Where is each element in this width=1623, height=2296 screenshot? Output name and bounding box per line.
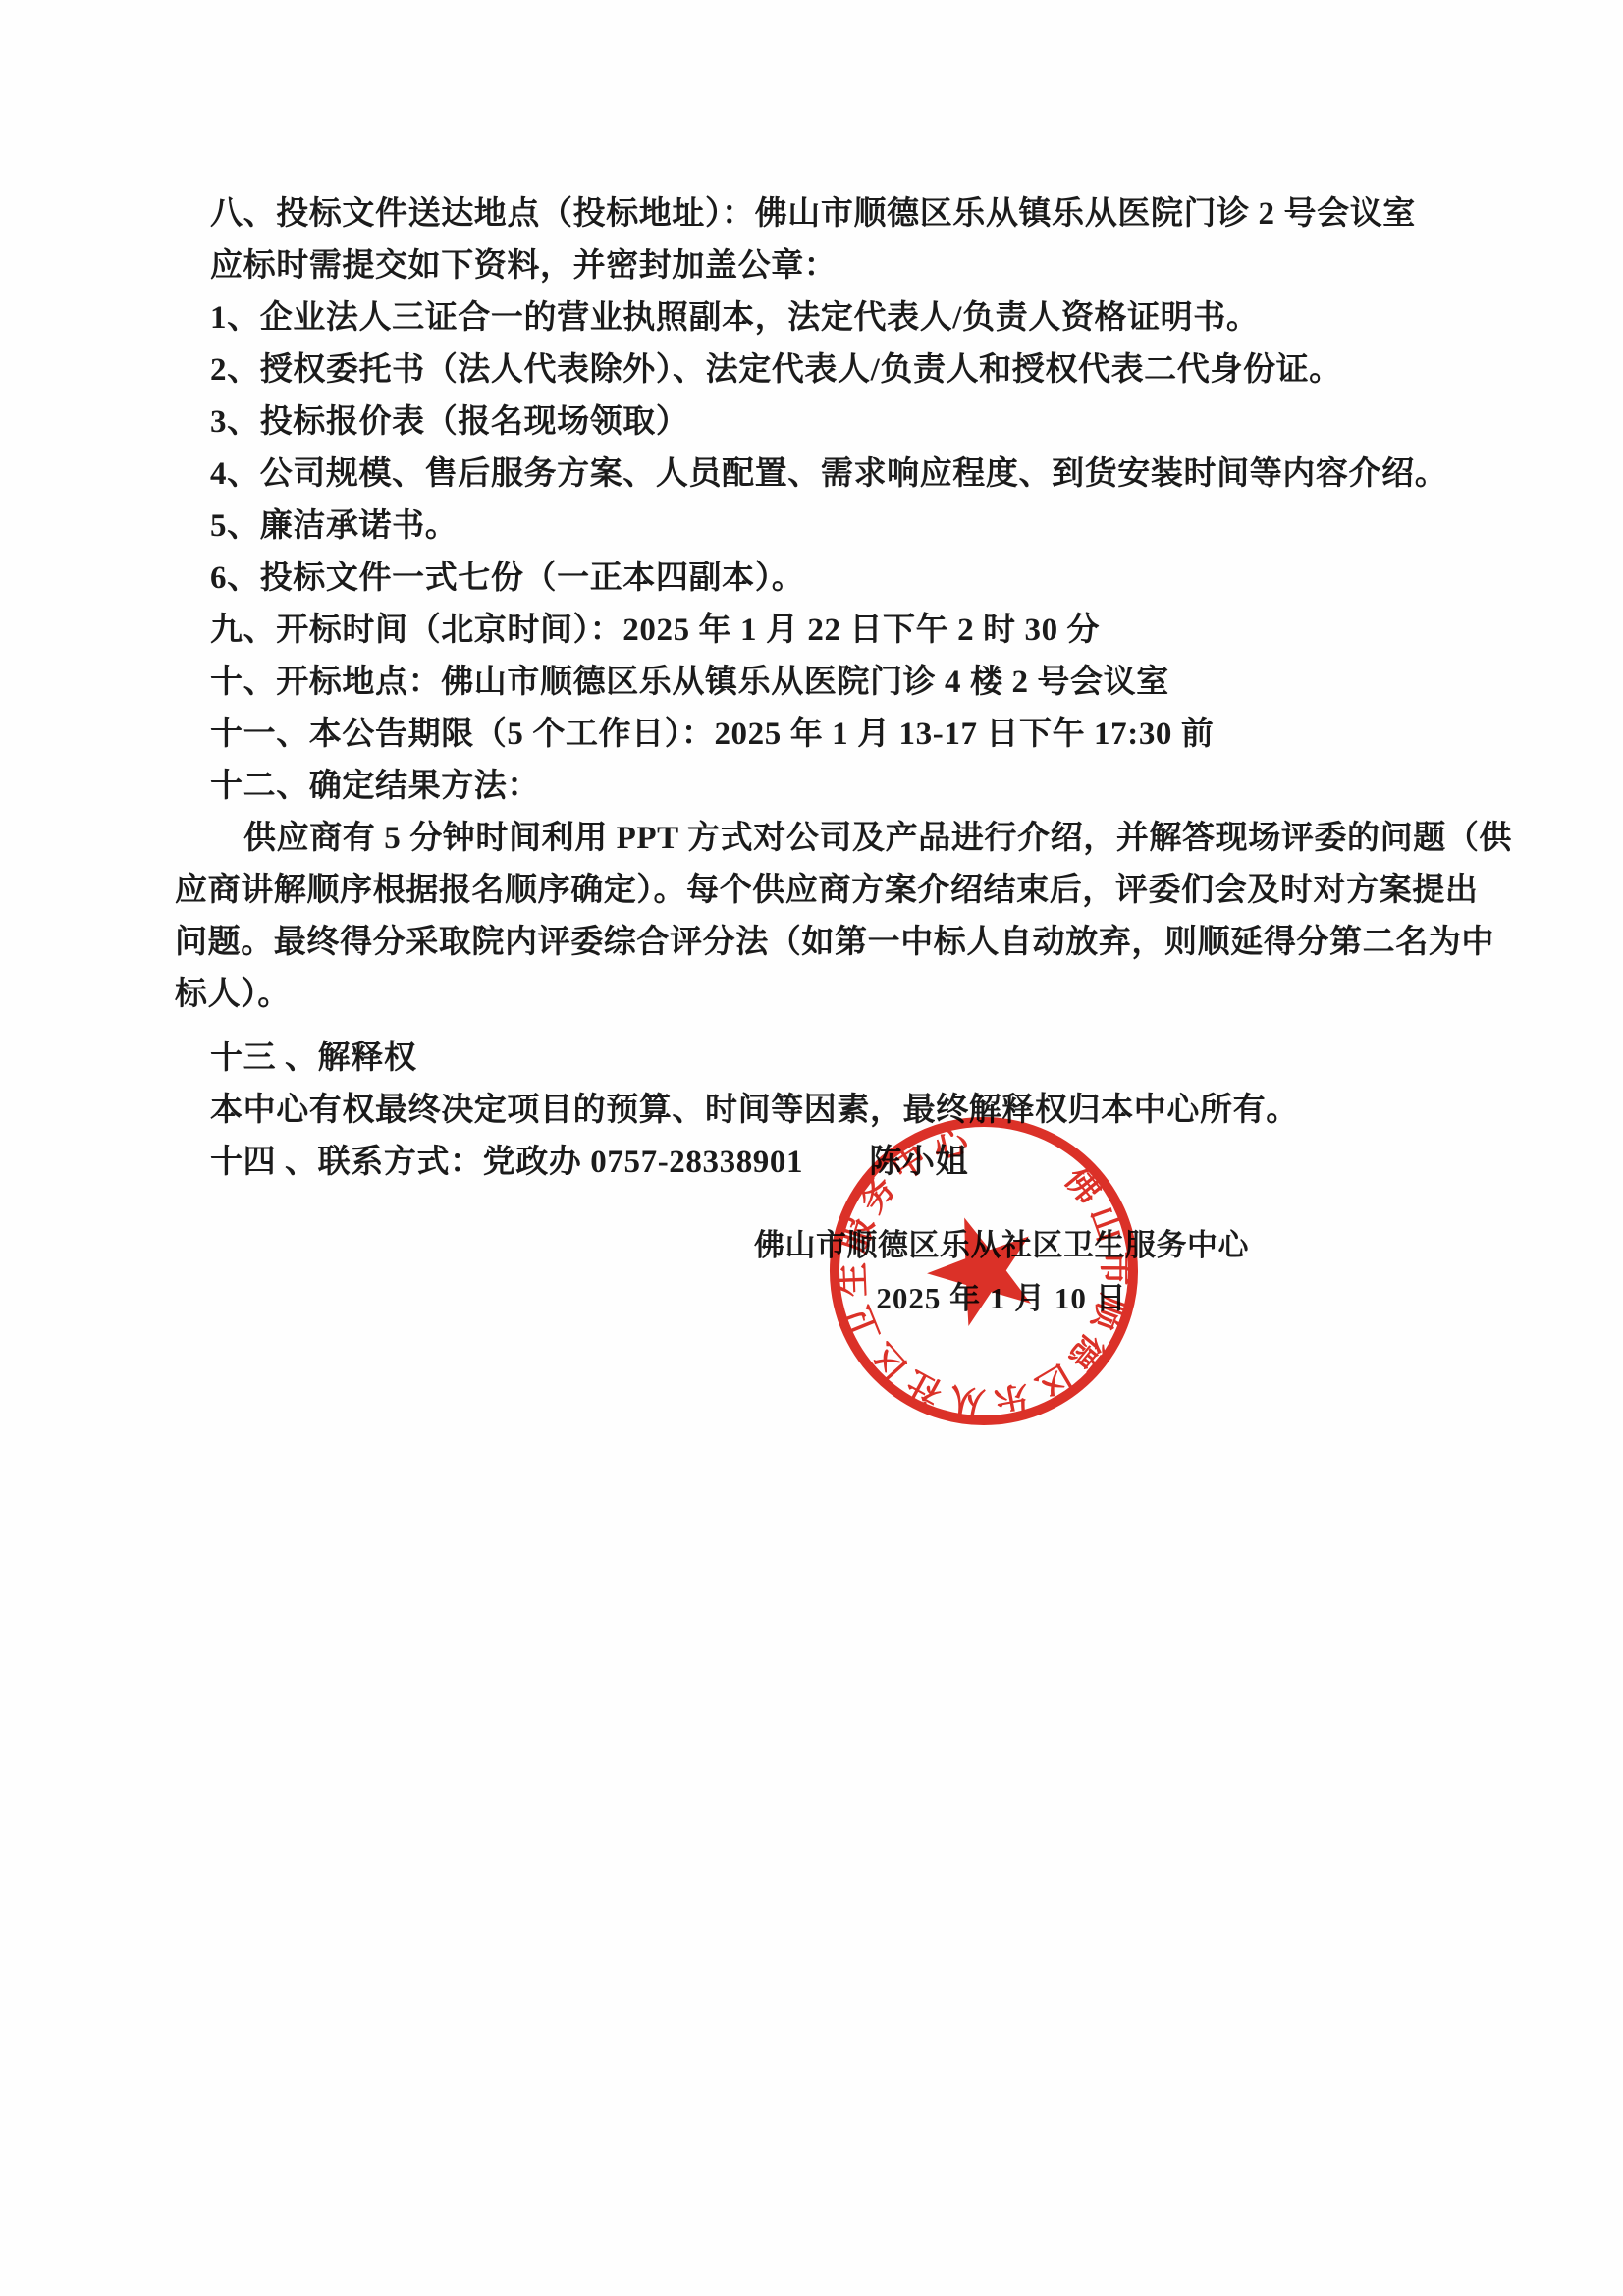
signature-organization: 佛山市顺德区乐从社区卫生服务中心: [707, 1219, 1296, 1272]
doc-line: 标人）。: [175, 969, 1451, 1021]
doc-line: 2、授权委托书（法人代表除外）、法定代表人/负责人和授权代表二代身份证。: [175, 345, 1451, 397]
doc-line: 九、开标时间（北京时间）：2025 年 1 月 22 日下午 2 时 30 分: [175, 605, 1451, 657]
doc-line: 十三 、解释权: [175, 1033, 1451, 1085]
doc-line: 问题。最终得分采取院内评委综合评分法（如第一中标人自动放弃，则顺延得分第二名为中: [175, 917, 1451, 969]
doc-line: 1、企业法人三证合一的营业执照副本，法定代表人/负责人资格证明书。: [175, 293, 1451, 345]
doc-line: 十、开标地点：佛山市顺德区乐从镇乐从医院门诊 4 楼 2 号会议室: [175, 657, 1451, 709]
signature-date: 2025 年 1 月 10 日: [707, 1272, 1296, 1325]
doc-line: 5、廉洁承诺书。: [175, 501, 1451, 553]
doc-line: 十四 、联系方式：党政办 0757-28338901 陈小姐: [175, 1137, 1451, 1189]
signature-block: 佛山市顺德区乐从社区卫生服务中心 2025 年 1 月 10 日: [707, 1219, 1296, 1325]
doc-line: 本中心有权最终决定项目的预算、时间等因素，最终解释权归本中心所有。: [175, 1085, 1451, 1137]
doc-line: 4、公司规模、售后服务方案、人员配置、需求响应程度、到货安装时间等内容介绍。: [175, 449, 1451, 501]
doc-line: 十一、本公告期限（5 个工作日）：2025 年 1 月 13-17 日下午 17…: [175, 709, 1451, 761]
doc-line: 八、投标文件送达地点（投标地址）：佛山市顺德区乐从镇乐从医院门诊 2 号会议室: [175, 188, 1451, 240]
doc-line: 应商讲解顺序根据报名顺序确定）。每个供应商方案介绍结束后，评委们会及时对方案提出: [175, 865, 1451, 917]
doc-line: 供应商有 5 分钟时间利用 PPT 方式对公司及产品进行介绍，并解答现场评委的问…: [175, 813, 1451, 865]
doc-line: 3、投标报价表（报名现场领取）: [175, 397, 1451, 449]
announcement-body: 八、投标文件送达地点（投标地址）：佛山市顺德区乐从镇乐从医院门诊 2 号会议室应…: [175, 188, 1451, 1189]
doc-lines: 八、投标文件送达地点（投标地址）：佛山市顺德区乐从镇乐从医院门诊 2 号会议室应…: [175, 188, 1451, 1189]
document-page: 八、投标文件送达地点（投标地址）：佛山市顺德区乐从镇乐从医院门诊 2 号会议室应…: [0, 0, 1623, 2296]
doc-line: 6、投标文件一式七份（一正本四副本）。: [175, 553, 1451, 605]
doc-line: 应标时需提交如下资料，并密封加盖公章：: [175, 240, 1451, 293]
doc-line: 十二、确定结果方法：: [175, 761, 1451, 813]
